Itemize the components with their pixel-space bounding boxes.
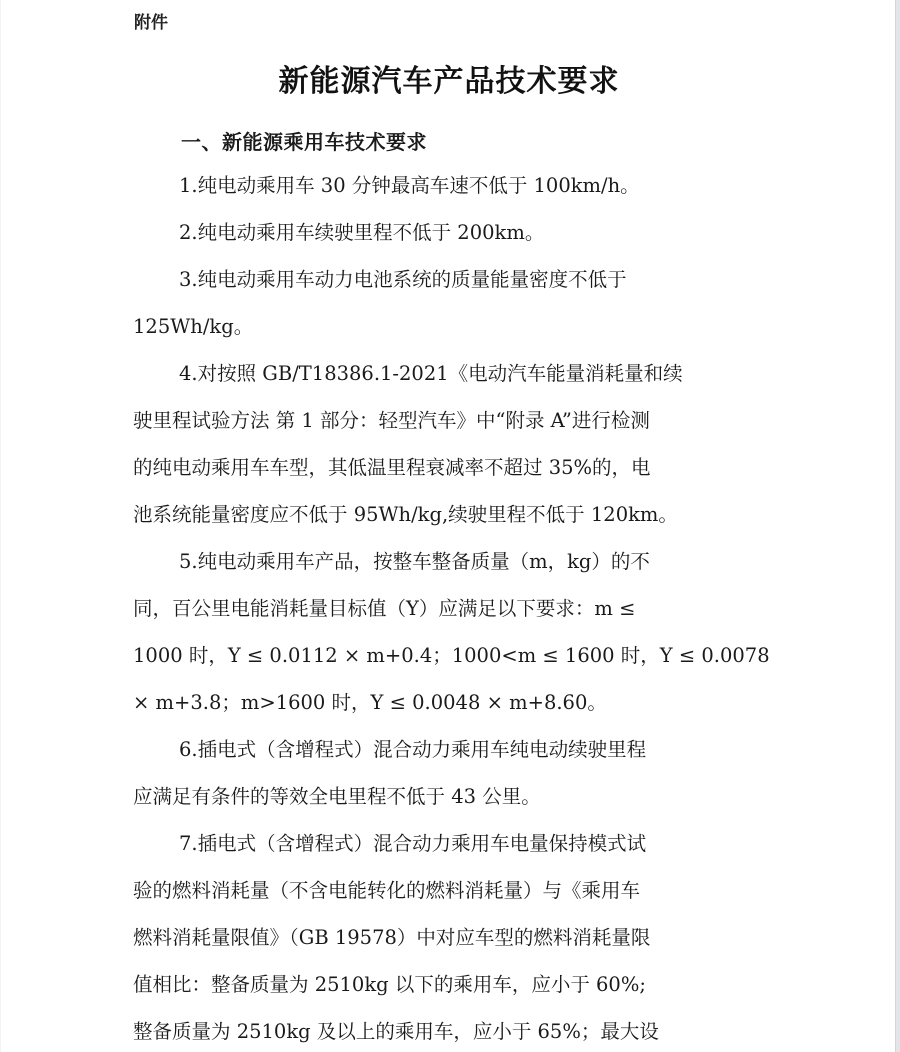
section-heading: 一、新能源乘用车技术要求 bbox=[181, 126, 427, 155]
text-line: 应满足有条件的等效全电里程不低于 43 公里。 bbox=[133, 773, 761, 820]
text-line: 燃料消耗量限值》（GB 19578）中对应车型的燃料消耗量限 bbox=[133, 914, 761, 961]
text-line: 验的燃料消耗量（不含电能转化的燃料消耗量）与《乘用车 bbox=[133, 867, 761, 914]
text-line: × m+3.8；m>1600 时，Y ≤ 0.0048 × m+8.60。 bbox=[133, 679, 761, 726]
text-line: 6.插电式（含增程式）混合动力乘用车纯电动续驶里程 bbox=[133, 726, 761, 773]
text-line: 3.纯电动乘用车动力电池系统的质量能量密度不低于 bbox=[133, 256, 761, 303]
text-line: 池系统能量密度应不低于 95Wh/kg,续驶里程不低于 120km。 bbox=[133, 491, 761, 538]
document-page: 附件 新能源汽车产品技术要求 一、新能源乘用车技术要求 1.纯电动乘用车 30 … bbox=[0, 0, 897, 1052]
text-line: 整备质量为 2510kg 及以上的乘用车，应小于 65%；最大设 bbox=[133, 1008, 761, 1052]
document-body: 1.纯电动乘用车 30 分钟最高车速不低于 100km/h。 2.纯电动乘用车续… bbox=[133, 162, 761, 1052]
text-line: 125Wh/kg。 bbox=[133, 303, 761, 350]
text-line: 驶里程试验方法 第 1 部分：轻型汽车》中“附录 A”进行检测 bbox=[133, 397, 761, 444]
text-line: 同，百公里电能消耗量目标值（Y）应满足以下要求：m ≤ bbox=[133, 585, 761, 632]
text-line: 4.对按照 GB/T18386.1-2021《电动汽车能量消耗量和续 bbox=[133, 350, 761, 397]
text-line: 值相比：整备质量为 2510kg 以下的乘用车，应小于 60%; bbox=[133, 961, 761, 1008]
attachment-label: 附件 bbox=[134, 8, 168, 33]
text-line: 7.插电式（含增程式）混合动力乘用车电量保持模式试 bbox=[133, 820, 761, 867]
text-line: 1000 时，Y ≤ 0.0112 × m+0.4；1000<m ≤ 1600 … bbox=[133, 632, 761, 679]
text-line: 5.纯电动乘用车产品，按整车整备质量（m，kg）的不 bbox=[133, 538, 761, 585]
document-title: 新能源汽车产品技术要求 bbox=[1, 56, 897, 100]
page-edge-scrollbar bbox=[895, 0, 900, 1052]
text-line: 2.纯电动乘用车续驶里程不低于 200km。 bbox=[133, 209, 761, 256]
text-line: 的纯电动乘用车车型，其低温里程衰减率不超过 35%的，电 bbox=[133, 444, 761, 491]
text-line: 1.纯电动乘用车 30 分钟最高车速不低于 100km/h。 bbox=[133, 162, 761, 209]
